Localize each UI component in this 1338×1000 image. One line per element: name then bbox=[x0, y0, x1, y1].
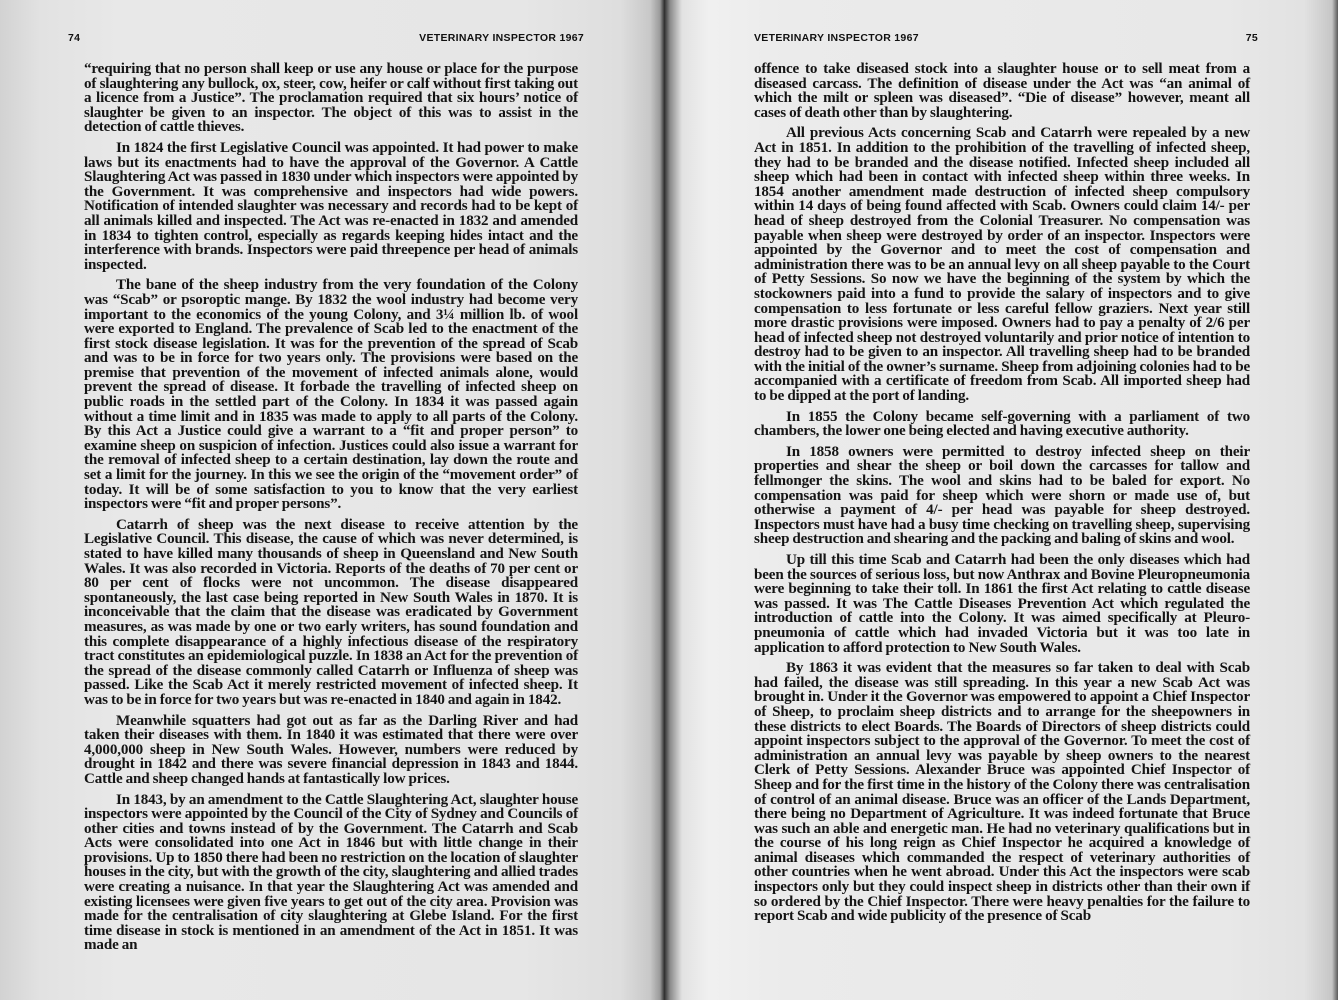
paragraph: In 1855 the Colony became self-governing… bbox=[754, 410, 1250, 439]
page-body: “requiring that no person shall keep or … bbox=[84, 62, 578, 959]
paragraph: Meanwhile squatters had got out as far a… bbox=[84, 714, 578, 787]
paragraph: “requiring that no person shall keep or … bbox=[84, 62, 578, 135]
paragraph: offence to take diseased stock into a sl… bbox=[754, 62, 1250, 120]
paragraph: In 1843, by an amendment to the Cattle S… bbox=[84, 793, 578, 954]
running-head: VETERINARY INSPECTOR 1967 bbox=[419, 32, 584, 44]
running-head: VETERINARY INSPECTOR 1967 bbox=[754, 32, 919, 44]
paragraph: In 1824 the first Legislative Council wa… bbox=[84, 141, 578, 272]
paragraph: By 1863 it was evident that the measures… bbox=[754, 661, 1250, 924]
book-spread: 74 VETERINARY INSPECTOR 1967 “requiring … bbox=[0, 0, 1338, 1000]
paragraph: In 1858 owners were permitted to destroy… bbox=[754, 445, 1250, 547]
paragraph: Catarrh of sheep was the next disease to… bbox=[84, 518, 578, 708]
right-page: VETERINARY INSPECTOR 1967 75 offence to … bbox=[664, 0, 1338, 1000]
paragraph: The bane of the sheep industry from the … bbox=[84, 278, 578, 512]
page-body: offence to take diseased stock into a sl… bbox=[754, 62, 1250, 930]
page-number: 75 bbox=[1246, 32, 1258, 44]
paragraph: Up till this time Scab and Catarrh had b… bbox=[754, 553, 1250, 655]
page-number: 74 bbox=[68, 32, 80, 44]
left-page: 74 VETERINARY INSPECTOR 1967 “requiring … bbox=[0, 0, 664, 1000]
paragraph: All previous Acts concerning Scab and Ca… bbox=[754, 126, 1250, 403]
